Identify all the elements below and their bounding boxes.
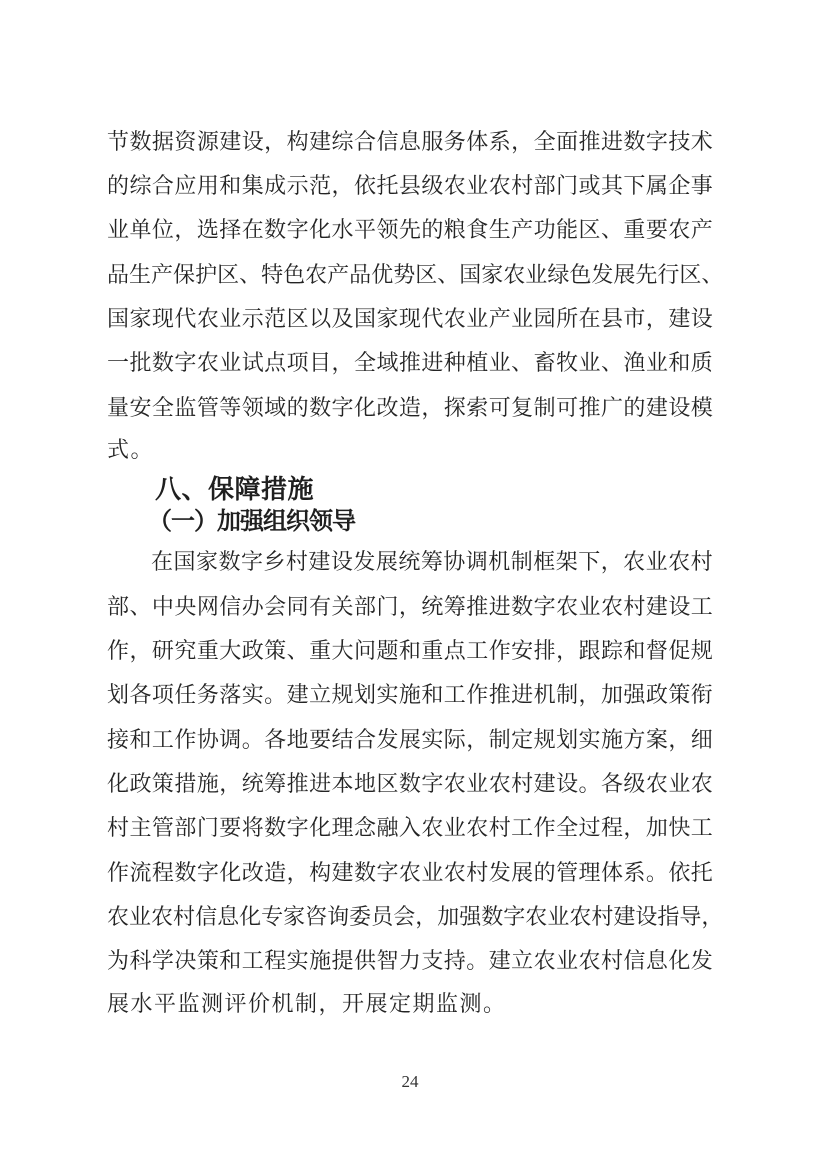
text-line: 为科学决策和工程实施提供智力支持。建立农业农村信息化发 [107,938,713,982]
paragraph-body: 在国家数字乡村建设发展统筹协调机制框架下，农业农村部、中央网信办会同有关部门，统… [107,539,713,1027]
page-number: 24 [0,1072,820,1092]
text-line: 村主管部门要将数字化理念融入农业农村工作全过程，加快工 [107,805,713,849]
text-line: 业单位，选择在数字化水平领先的粮食生产功能区、重要农产 [107,207,713,251]
text-line: 国家现代农业示范区以及国家现代农业产业园所在县市，建设 [107,295,713,339]
document-page: 节数据资源建设，构建综合信息服务体系，全面推进数字技术的综合应用和集成示范，依托… [0,0,820,1160]
text-line: 接和工作协调。各地要结合发展实际，制定规划实施方案，细 [107,716,713,760]
text-line: 作流程数字化改造，构建数字农业农村发展的管理体系。依托 [107,849,713,893]
text-line: 农业农村信息化专家咨询委员会，加强数字农业农村建设指导， [107,893,713,937]
text-line: 展水平监测评价机制，开展定期监测。 [107,982,713,1026]
text-line: 在国家数字乡村建设发展统筹协调机制框架下，农业农村 [107,539,713,583]
text-line: 化政策措施，统筹推进本地区数字农业农村建设。各级农业农 [107,760,713,804]
text-line: 划各项任务落实。建立规划实施和工作推进机制，加强政策衔 [107,672,713,716]
page-content: 节数据资源建设，构建综合信息服务体系，全面推进数字技术的综合应用和集成示范，依托… [107,118,713,1026]
section-heading: 八、保障措施 [107,473,713,506]
text-line: 量安全监管等领域的数字化改造，探索可复制可推广的建设模 [107,384,713,428]
text-line: 式。 [107,428,713,472]
paragraph-continuation: 节数据资源建设，构建综合信息服务体系，全面推进数字技术的综合应用和集成示范，依托… [107,118,713,473]
subsection-heading: （一）加强组织领导 [107,506,713,539]
text-line: 的综合应用和集成示范，依托县级农业农村部门或其下属企事 [107,162,713,206]
text-line: 作，研究重大政策、重大问题和重点工作安排，跟踪和督促规 [107,627,713,671]
text-line: 品生产保护区、特色农产品优势区、国家农业绿色发展先行区、 [107,251,713,295]
text-line: 节数据资源建设，构建综合信息服务体系，全面推进数字技术 [107,118,713,162]
text-line: 部、中央网信办会同有关部门，统筹推进数字农业农村建设工 [107,583,713,627]
text-line: 一批数字农业试点项目，全域推进种植业、畜牧业、渔业和质 [107,340,713,384]
